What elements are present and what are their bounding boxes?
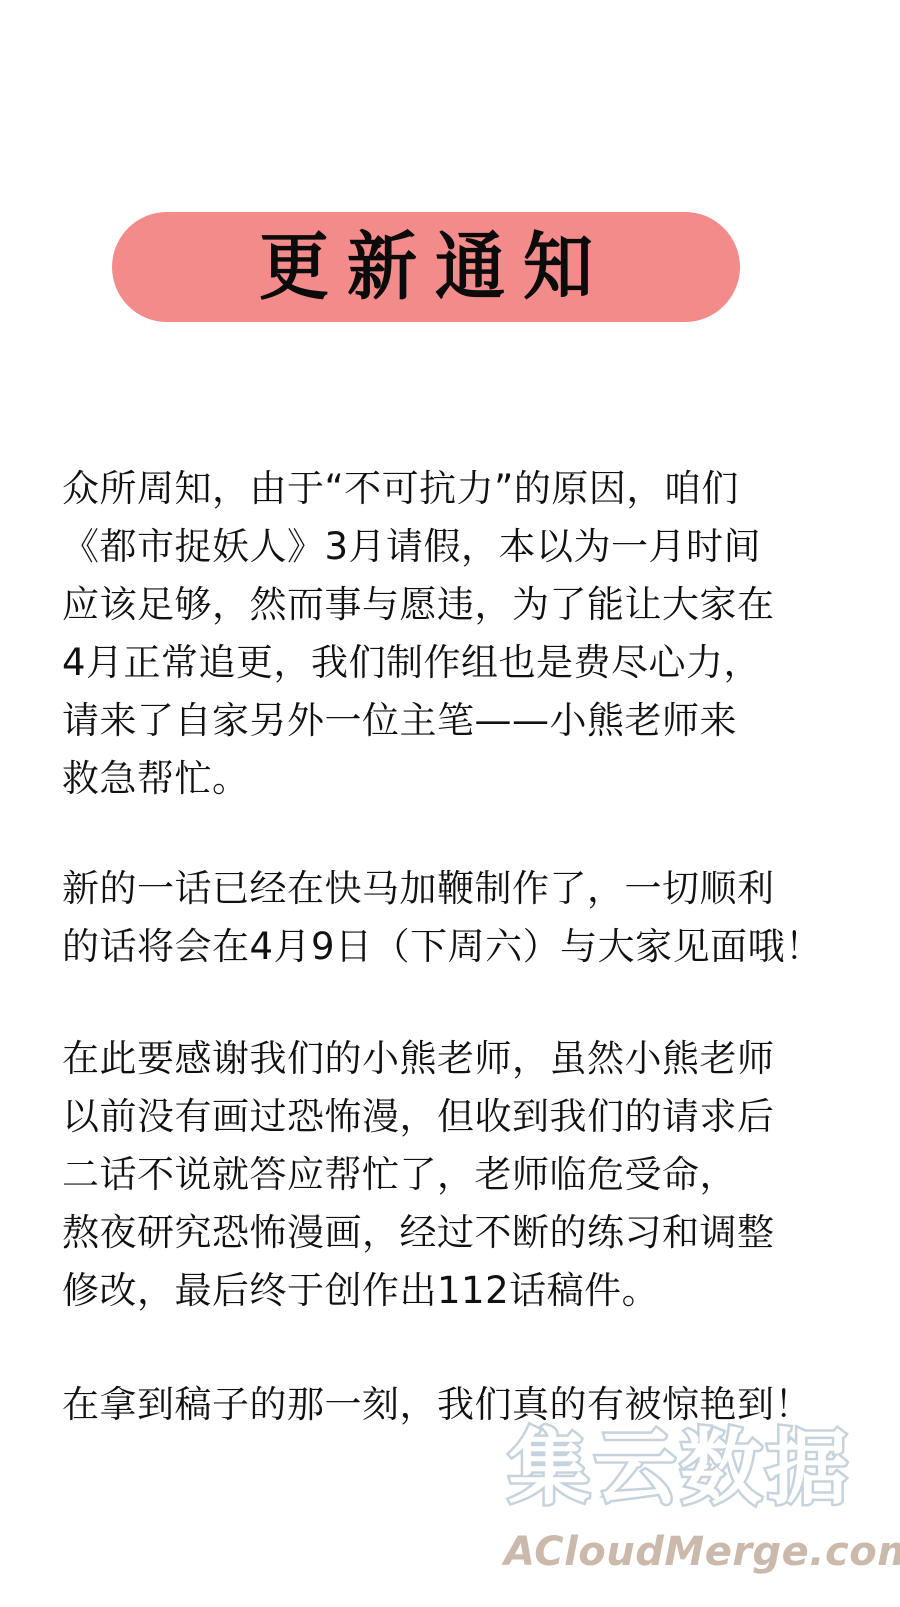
paragraph-intro: 众所周知，由于“不可抗力”的原因，咱们 《都市捉妖人》3月请假，本以为一月时间 …	[62, 460, 862, 808]
text-line: 以前没有画过恐怖漫，但收到我们的请求后	[62, 1088, 862, 1146]
paragraph-schedule: 新的一话已经在快马加鞭制作了，一切顺利 的话将会在4月9日（下周六）与大家见面哦…	[62, 860, 862, 976]
text-line: 二话不说就答应帮忙了，老师临危受命，	[62, 1146, 862, 1204]
paragraph-thanks: 在此要感谢我们的小熊老师，虽然小熊老师 以前没有画过恐怖漫，但收到我们的请求后 …	[62, 1030, 862, 1320]
text-line: 救急帮忙。	[62, 750, 862, 808]
text-line: 众所周知，由于“不可抗力”的原因，咱们	[62, 460, 862, 518]
page-title: 更新通知	[241, 230, 611, 304]
watermark-chinese-text: 集云数据	[508, 1428, 852, 1510]
text-line: 修改，最后终于创作出112话稿件。	[62, 1262, 862, 1320]
watermark: 集云数据 ACloudMerge.com	[500, 1428, 880, 1598]
watermark-english-text: ACloudMerge.com	[504, 1532, 900, 1572]
text-line: 的话将会在4月9日（下周六）与大家见面哦！	[62, 918, 862, 976]
title-banner: 更新通知	[112, 212, 740, 322]
text-line: 应该足够，然而事与愿违，为了能让大家在	[62, 576, 862, 634]
text-line: 在此要感谢我们的小熊老师，虽然小熊老师	[62, 1030, 862, 1088]
text-line: 4月正常追更，我们制作组也是费尽心力，	[62, 634, 862, 692]
text-line: 《都市捉妖人》3月请假，本以为一月时间	[62, 518, 862, 576]
text-line: 熬夜研究恐怖漫画，经过不断的练习和调整	[62, 1204, 862, 1262]
text-line: 请来了自家另外一位主笔——小熊老师来	[62, 692, 862, 750]
text-line: 新的一话已经在快马加鞭制作了，一切顺利	[62, 860, 862, 918]
